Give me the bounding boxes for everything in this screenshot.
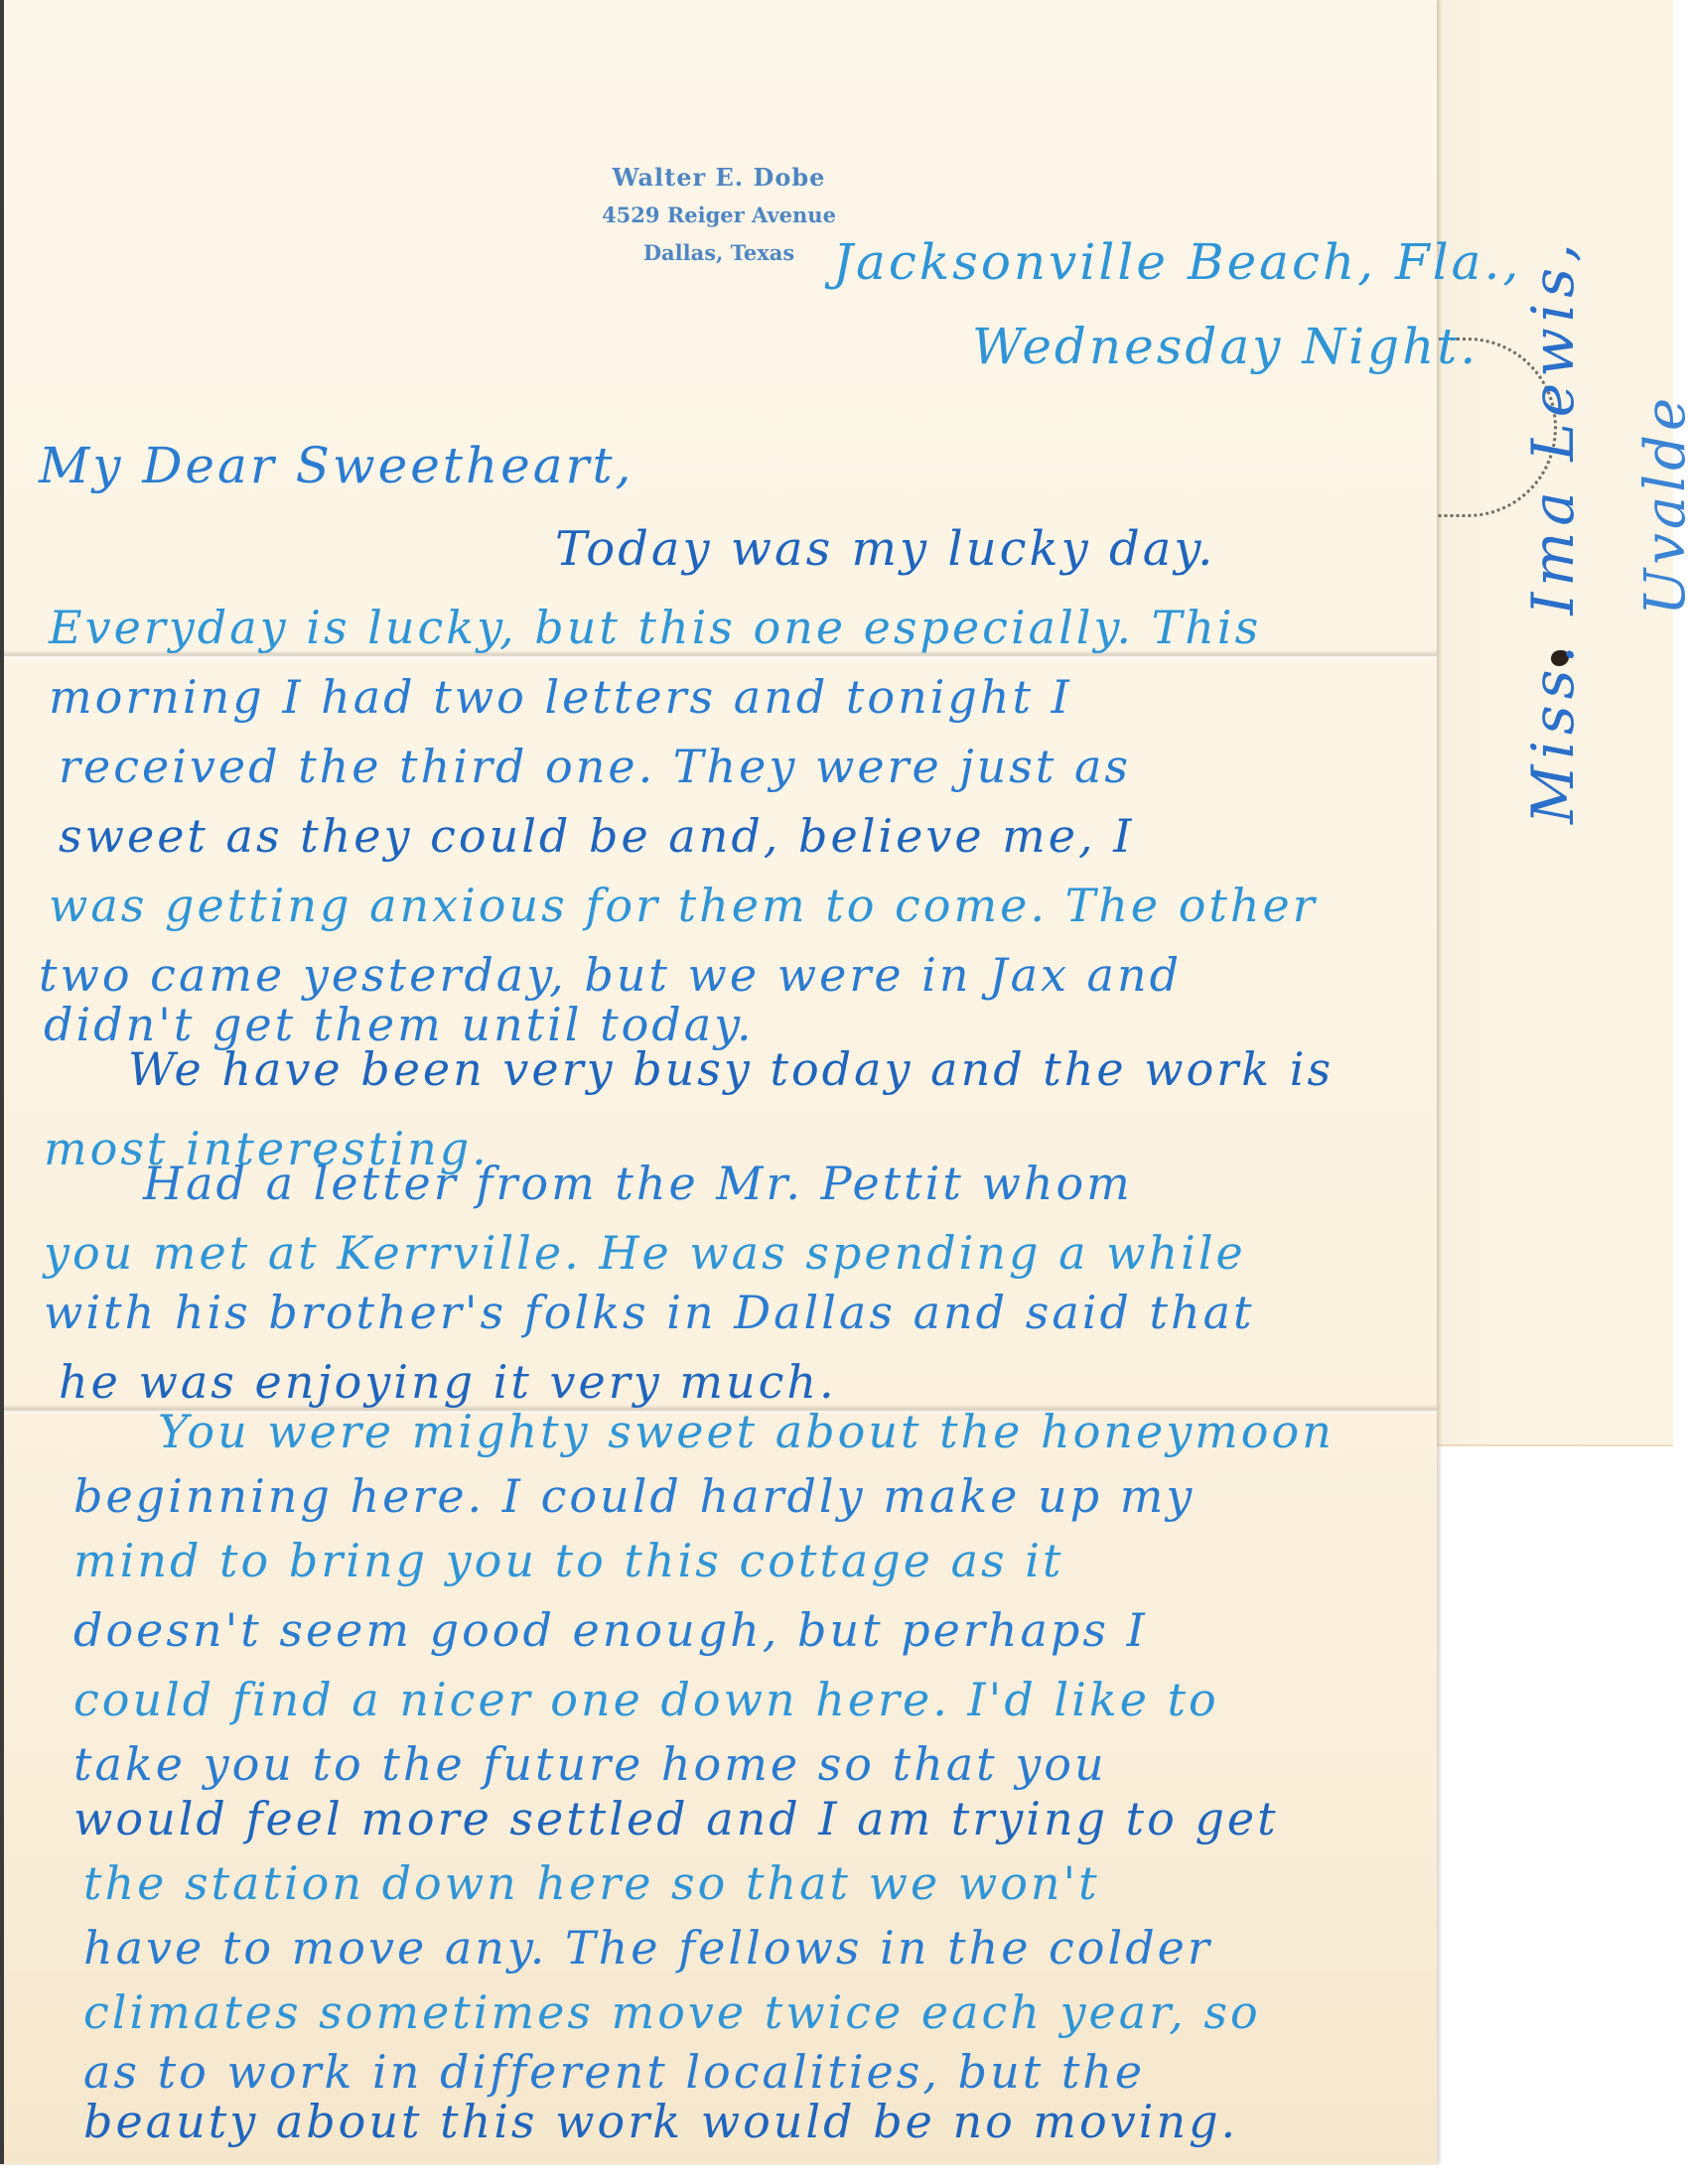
- body-line: We have been very busy today and the wor…: [128, 1042, 1334, 1096]
- body-line: beauty about this work would be no movin…: [83, 2095, 1238, 2148]
- letterhead: Walter E. Dobe 4529 Reiger Avenue Dallas…: [560, 159, 878, 272]
- letterhead-name: Walter E. Dobe: [560, 159, 878, 197]
- body-line: morning I had two letters and tonight I: [49, 670, 1072, 724]
- body-line: climates sometimes move twice each year,…: [83, 1985, 1261, 2039]
- body-line: mind to bring you to this cottage as it: [73, 1534, 1063, 1587]
- body-line: would feel more settled and I am trying …: [73, 1792, 1279, 1845]
- body-line: two came yesterday, but we were in Jax a…: [39, 948, 1182, 1002]
- dateline-place: Jacksonville Beach, Fla.,: [833, 233, 1521, 291]
- body-line: with his brother's folks in Dallas and s…: [44, 1286, 1255, 1339]
- body-line: take you to the future home so that you: [73, 1737, 1107, 1791]
- body-line: beginning here. I could hardly make up m…: [73, 1469, 1195, 1523]
- body-line: Everyday is lucky, but this one especial…: [49, 601, 1261, 654]
- body-line: sweet as they could be and, believe me, …: [59, 809, 1134, 863]
- body-line: you met at Kerrville. He was spending a …: [44, 1226, 1246, 1280]
- letterhead-city: Dallas, Texas: [560, 234, 878, 272]
- body-line: the station down here so that we won't: [83, 1856, 1100, 1910]
- body-line: doesn't seem good enough, but perhaps I: [73, 1603, 1148, 1657]
- body-line: received the third one. They were just a…: [59, 740, 1131, 793]
- body-line: as to work in different localities, but …: [83, 2045, 1145, 2099]
- salutation: My Dear Sweetheart,: [39, 437, 633, 494]
- body-line: was getting anxious for them to come. Th…: [49, 879, 1318, 932]
- body-line: You were mighty sweet about the honeymoo…: [158, 1405, 1335, 1458]
- letter-page: Walter E. Dobe 4529 Reiger Avenue Dallas…: [0, 0, 1437, 2164]
- body-line: he was enjoying it very much.: [59, 1355, 837, 1409]
- body-line: Today was my lucky day.: [555, 521, 1215, 577]
- body-line: Had a letter from the Mr. Pettit whom: [143, 1157, 1133, 1210]
- envelope-addressee: Miss. Ima Lewis,: [1519, 237, 1587, 824]
- body-line: could find a nicer one down here. I'd li…: [73, 1673, 1219, 1726]
- letterhead-street: 4529 Reiger Avenue: [560, 197, 878, 234]
- envelope-city: Uvalde: [1633, 394, 1688, 615]
- dateline-day: Wednesday Night.: [972, 318, 1478, 375]
- body-line: have to move any. The fellows in the col…: [83, 1921, 1212, 1975]
